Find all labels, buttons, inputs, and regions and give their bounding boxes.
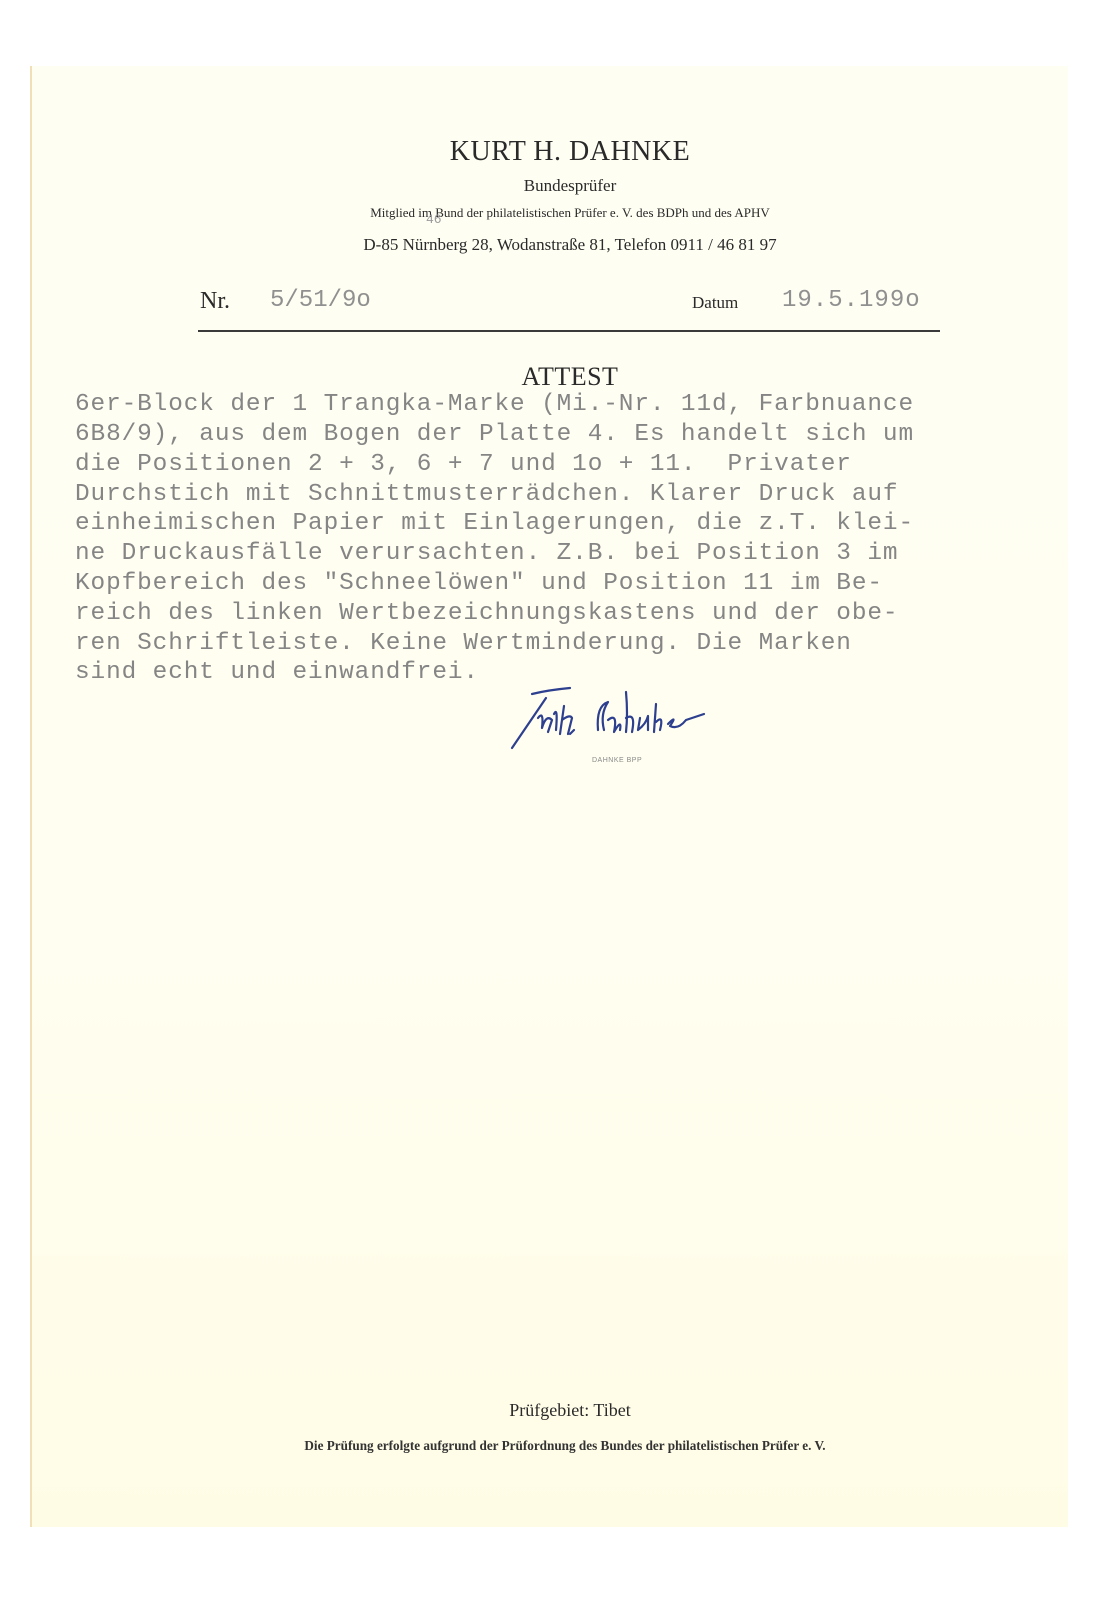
attest-line: ren Schriftleiste. Keine Wertminderung. …: [75, 630, 852, 657]
handwritten-correction: 46: [426, 215, 442, 225]
attest-heading: ATTEST: [0, 362, 1115, 392]
examination-area: Prüfgebiet: Tibet: [0, 1400, 1115, 1421]
attest-line: Kopfbereich des "Schneelöwen" und Positi…: [75, 570, 883, 597]
examiner-title: Bundesprüfer: [0, 176, 1115, 196]
date-label: Datum: [692, 293, 738, 313]
certificate-number-label: Nr.: [200, 288, 230, 315]
attest-line: einheimischen Papier mit Einlagerungen, …: [75, 510, 914, 537]
header-divider: [198, 330, 940, 332]
attest-line: sind echt und einwandfrei.: [75, 659, 479, 686]
attest-line: ne Druckausfälle verursachten. Z.B. bei …: [75, 540, 898, 567]
attest-line: 6er-Block der 1 Trangka-Marke (Mi.-Nr. 1…: [75, 391, 914, 418]
membership-line: Mitglied im Bund der philatelistischen P…: [0, 205, 1115, 221]
signature-stamp: DAHNKE BPP: [592, 757, 642, 764]
signature-icon: [508, 684, 728, 754]
certificate-number: 5/51/9o: [270, 287, 371, 314]
examiner-name: KURT H. DAHNKE: [0, 136, 1115, 168]
certificate-date: 19.5.199o: [782, 287, 921, 314]
certificate-paper: [30, 66, 1068, 1527]
attest-line: 6B8/9), aus dem Bogen der Platte 4. Es h…: [75, 421, 914, 448]
attest-line: die Positionen 2 + 3, 6 + 7 und 1o + 11.…: [75, 451, 852, 478]
address-line: D-85 Nürnberg 28, Wodanstraße 81, Telefo…: [0, 235, 1115, 255]
attest-line: Durchstich mit Schnittmusterrädchen. Kla…: [75, 481, 898, 508]
attest-line: reich des linken Wertbezeichnungskastens…: [75, 600, 898, 627]
footer-note: Die Prüfung erfolgte aufgrund der Prüfor…: [0, 1438, 1115, 1454]
